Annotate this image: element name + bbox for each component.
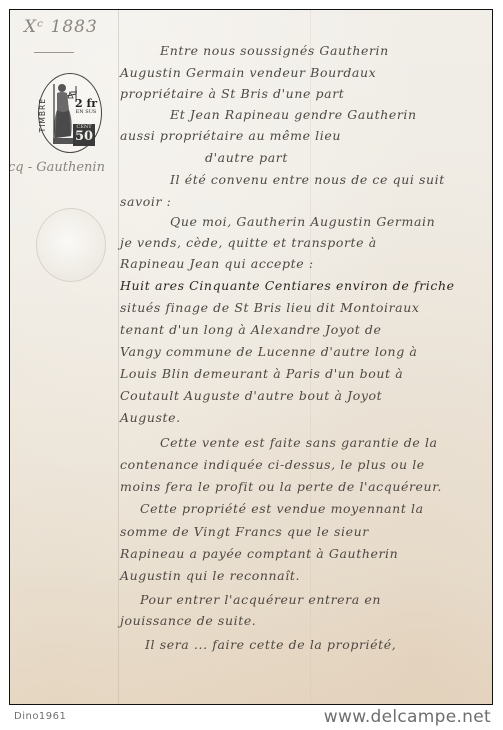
text-line: Rapineau a payée comptant à Gautherin bbox=[120, 546, 398, 561]
text-line: Il été convenu entre nous de ce qui suit bbox=[170, 172, 445, 187]
text-line: Coutault Auguste d'autre bout à Joyot bbox=[120, 388, 382, 403]
text-line: jouissance de suite. bbox=[120, 613, 256, 628]
text-line: savoir : bbox=[120, 194, 171, 209]
text-line: je vends, cède, quitte et transporte à bbox=[120, 235, 377, 250]
text-line: situés finage de St Bris lieu dit Montoi… bbox=[120, 300, 420, 315]
text-line: Huit ares Cinquante Centiares environ de… bbox=[120, 278, 455, 293]
handwritten-text: Entre nous soussignés Gautherin Augustin… bbox=[10, 10, 492, 704]
text-line: Entre nous soussignés Gautherin bbox=[160, 43, 389, 58]
text-line: Et Jean Rapineau gendre Gautherin bbox=[170, 107, 417, 122]
text-line: propriétaire à St Bris d'une part bbox=[120, 86, 344, 101]
site-watermark: www.delcampe.net bbox=[324, 707, 491, 727]
text-line: Que moi, Gautherin Augustin Germain bbox=[170, 214, 435, 229]
text-line: Louis Blin demeurant à Paris d'un bout à bbox=[120, 366, 403, 381]
text-line: somme de Vingt Francs que le sieur bbox=[120, 524, 369, 539]
text-line: Rapineau Jean qui accepte : bbox=[120, 256, 314, 271]
text-line: Augustin qui le reconnaît. bbox=[120, 568, 300, 583]
text-line: contenance indiquée ci-dessus, le plus o… bbox=[120, 457, 425, 472]
text-line: aussi propriétaire au même lieu bbox=[120, 128, 341, 143]
seller-watermark: Dino1961 bbox=[14, 711, 66, 722]
document-scan: Xᶜ 1883 cq - Gauthenin TIMBRE 2 fr EN SU… bbox=[9, 9, 493, 705]
text-line: Auguste. bbox=[120, 410, 181, 425]
text-line: Cette vente est faite sans garantie de l… bbox=[160, 435, 438, 450]
text-line: tenant d'un long à Alexandre Joyot de bbox=[120, 322, 382, 337]
text-line: Augustin Germain vendeur Bourdaux bbox=[120, 65, 376, 80]
text-line: moins fera le profit ou la perte de l'ac… bbox=[120, 479, 442, 494]
text-line: Pour entrer l'acquéreur entrera en bbox=[140, 592, 381, 607]
text-line: Cette propriété est vendue moyennant la bbox=[140, 501, 424, 516]
text-line: d'autre part bbox=[205, 150, 288, 165]
text-line: Il sera ... faire cette de la propriété, bbox=[145, 637, 396, 652]
text-line: Vangy commune de Lucenne d'autre long à bbox=[120, 344, 417, 359]
